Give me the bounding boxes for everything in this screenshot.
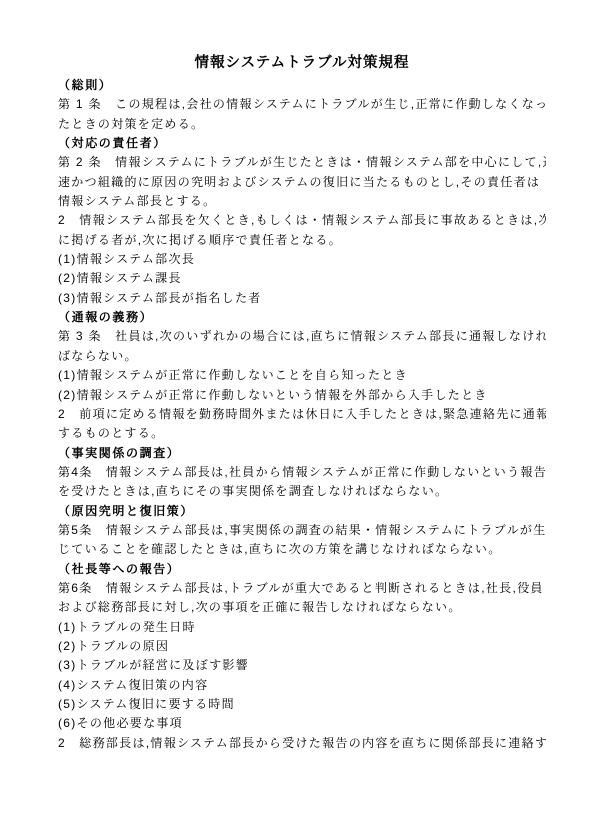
document-line: (1)情報システムが正常に作動しないことを自ら知ったとき xyxy=(58,366,546,385)
document-line: (3)情報システム部長が指名した者 xyxy=(58,289,546,308)
document-line: 情報システム部長とする。 xyxy=(58,192,546,211)
section-heading: （総則） xyxy=(58,76,546,95)
section-heading: （社長等への報告） xyxy=(58,560,546,579)
document-line: (1)トラブルの発生日時 xyxy=(58,618,546,637)
document-line: 速かつ組織的に原因の究明およびシステムの復旧に当たるものとし,その責任者は xyxy=(58,173,546,192)
document-line: 第4条 情報システム部長は,社員から情報システムが正常に作動しないという報告 xyxy=(58,463,546,482)
document-page: 情報システムトラブル対策規程 （総則）第 1 条 この規程は,会社の情報システム… xyxy=(0,0,604,828)
document-line: に掲げる者が,次に掲げる順序で責任者となる。 xyxy=(58,231,546,250)
document-line: じていることを確認したときは,直ちに次の方策を講じなければならない。 xyxy=(58,540,546,559)
document-line: 2 前項に定める情報を勤務時間外または休日に入手したときは,緊急連絡先に通報 xyxy=(58,405,546,424)
document-line: 第6条 情報システム部長は,トラブルが重大であると判断されるときは,社長,役員 xyxy=(58,579,546,598)
document-line: (1)情報システム部次長 xyxy=(58,250,546,269)
document-line: (2)情報システムが正常に作動しないという情報を外部から入手したとき xyxy=(58,386,546,405)
document-line: (5)システム復旧に要する時間 xyxy=(58,695,546,714)
document-line: および総務部長に対し,次の事項を正確に報告しなければならない。 xyxy=(58,598,546,617)
document-line: (2)情報システム課長 xyxy=(58,269,546,288)
document-line: 第 2 条 情報システムにトラブルが生じたときは・情報システム部を中心にして,迅 xyxy=(58,153,546,172)
document-line: するものとする。 xyxy=(58,424,546,443)
document-line: 第5条 情報システム部長は,事実関係の調査の結果・情報システムにトラブルが生 xyxy=(58,521,546,540)
document-title: 情報システムトラブル対策規程 xyxy=(58,52,546,74)
document-line: たときの対策を定める。 xyxy=(58,115,546,134)
section-heading: （原因究明と復旧策） xyxy=(58,502,546,521)
section-heading: （対応の責任者） xyxy=(58,134,546,153)
section-heading: （事実関係の調査） xyxy=(58,444,546,463)
document-line: 第 3 条 社員は,次のいずれかの場合には,直ちに情報システム部長に通報しなけれ xyxy=(58,327,546,346)
document-line: を受けたときは,直ちにその事実関係を調査しなければならない。 xyxy=(58,482,546,501)
document-line: (6)その他必要な事項 xyxy=(58,714,546,733)
document-line: (4)システム復旧策の内容 xyxy=(58,676,546,695)
document-line: (3)トラブルが経営に及ぼす影響 xyxy=(58,656,546,675)
document-line: 第 1 条 この規程は,会社の情報システムにトラブルが生じ,正常に作動しなくなっ xyxy=(58,95,546,114)
section-heading: （通報の義務） xyxy=(58,308,546,327)
document-body: （総則）第 1 条 この規程は,会社の情報システムにトラブルが生じ,正常に作動し… xyxy=(58,76,546,753)
document-line: 2 情報システム部長を欠くとき,もしくは・情報システム部長に事故あるときは,次 xyxy=(58,211,546,230)
document-line: ばならない。 xyxy=(58,347,546,366)
document-line: (2)トラブルの原因 xyxy=(58,637,546,656)
document-line: 2 総務部長は,情報システム部長から受けた報告の内容を直ちに関係部長に連絡す xyxy=(58,734,546,753)
